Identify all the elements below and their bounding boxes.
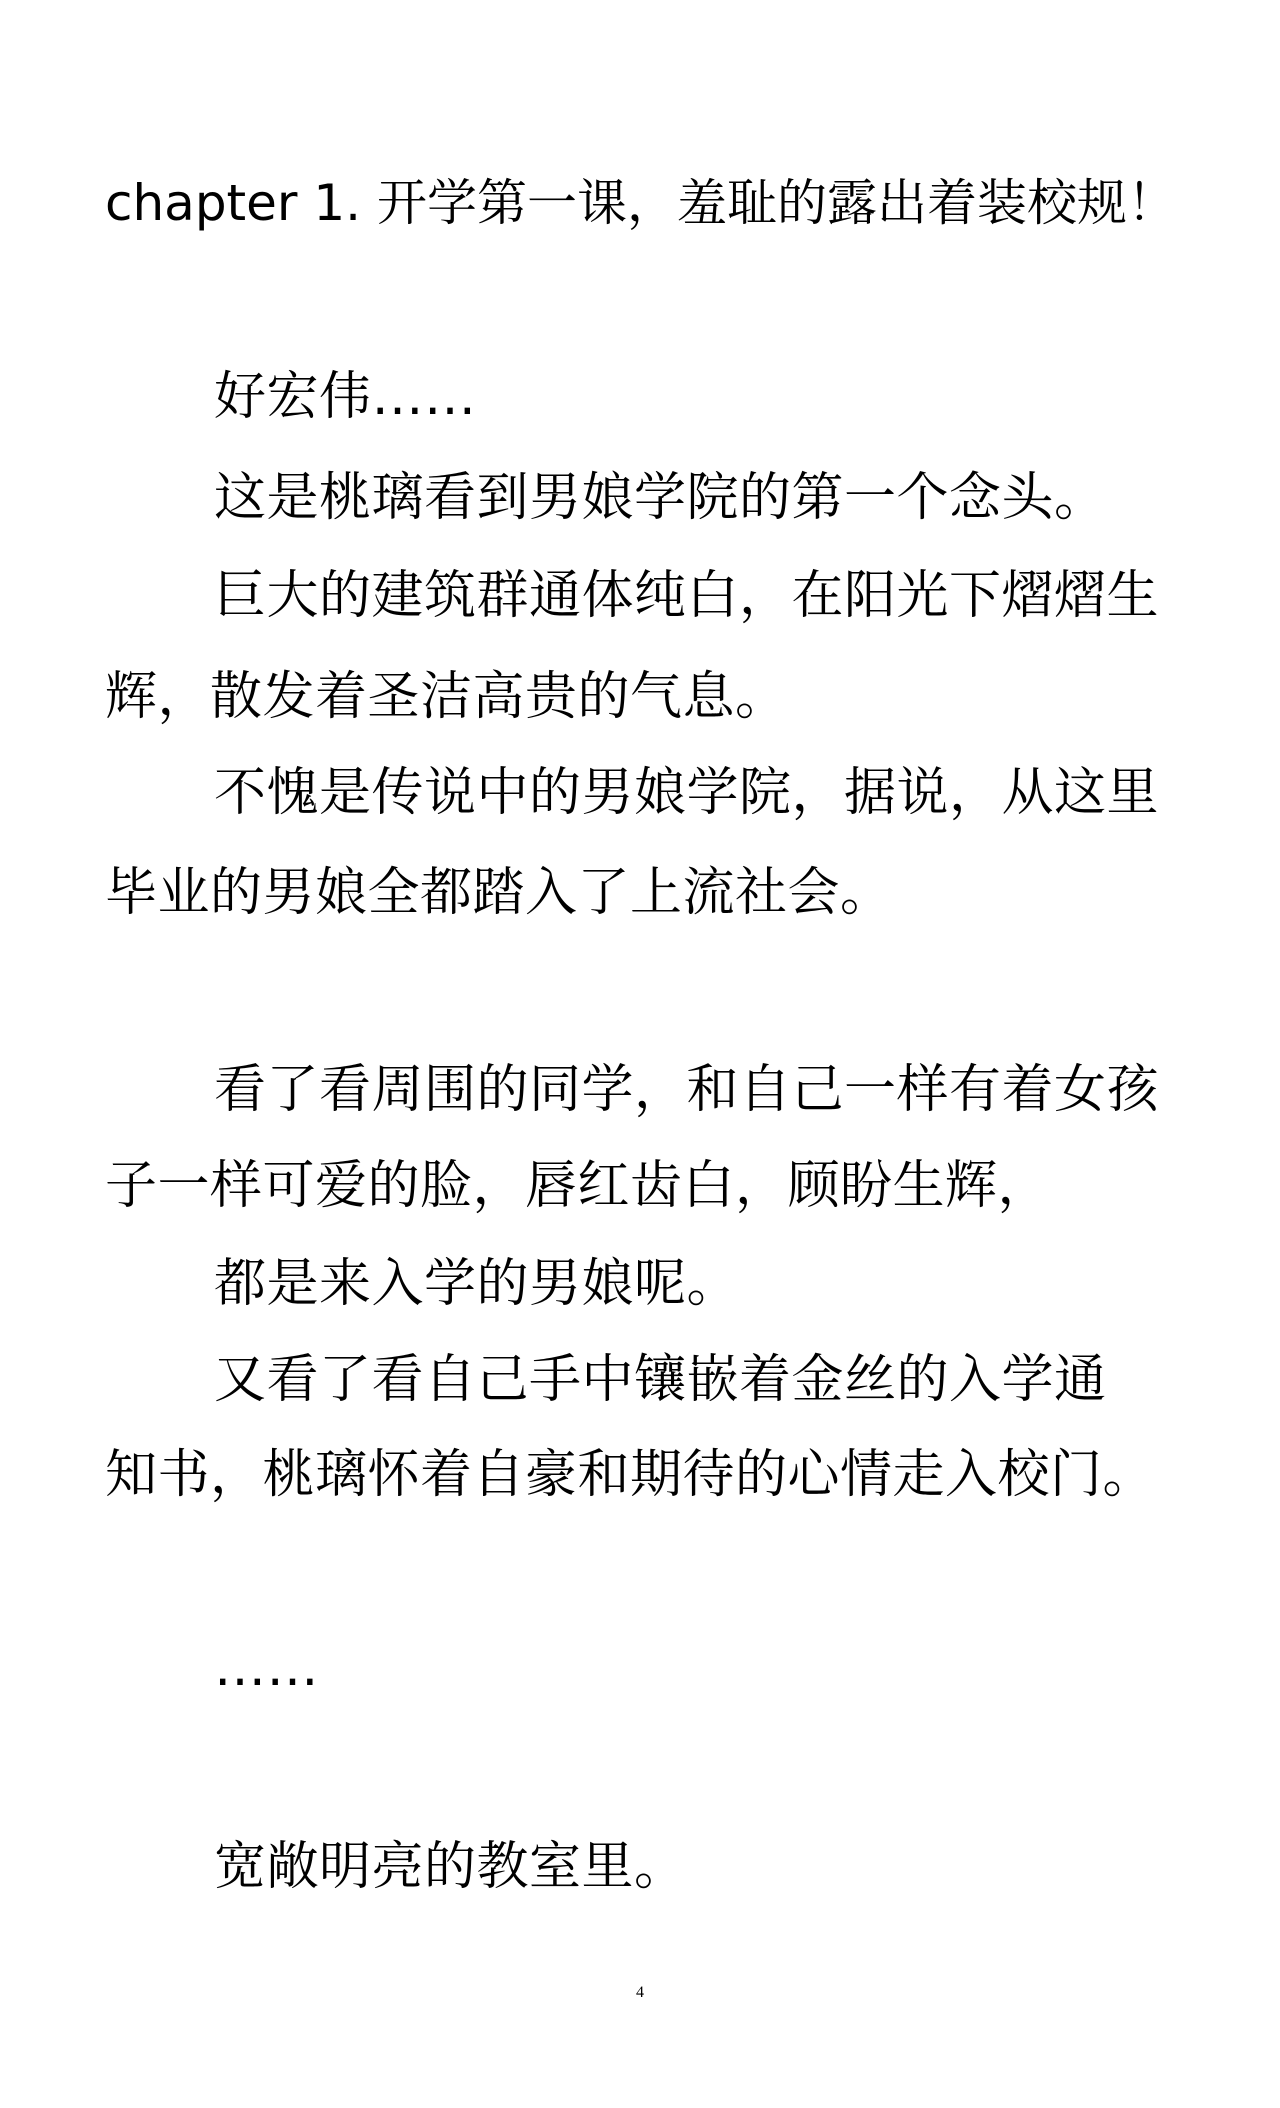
paragraph-line: 毕业的男娘全都踏入了上流社会。: [105, 863, 1205, 923]
paragraph-line: 子一样可爱的脸，唇红齿白，顾盼生辉，: [105, 1156, 1205, 1216]
paragraph-line: 巨大的建筑群通体纯白，在阳光下熠熠生: [214, 566, 1280, 626]
paragraph-line: 看了看周围的同学，和自己一样有着女孩: [214, 1060, 1280, 1120]
paragraph-line: 宽敞明亮的教室里。: [214, 1837, 1280, 1897]
paragraph-line: 不愧是传说中的男娘学院，据说，从这里: [214, 763, 1280, 823]
paragraph-line: 好宏伟……: [214, 367, 1280, 427]
paragraph-line: 又看了看自己手中镶嵌着金丝的入学通: [214, 1350, 1280, 1410]
section-break-ellipsis: ……: [214, 1638, 1280, 1698]
paragraph-line: 辉，散发着圣洁高贵的气息。: [105, 667, 1205, 727]
chapter-title: chapter 1. 开学第一课，羞耻的露出着装校规！: [105, 173, 1177, 233]
document-page: chapter 1. 开学第一课，羞耻的露出着装校规！ 好宏伟…… 这是桃璃看到…: [0, 0, 1280, 2108]
paragraph-line: 这是桃璃看到男娘学院的第一个念头。: [214, 468, 1280, 528]
paragraph-line: 知书，桃璃怀着自豪和期待的心情走入校门。: [105, 1445, 1205, 1505]
paragraph-line: 都是来入学的男娘呢。: [214, 1254, 1280, 1314]
page-number: 4: [0, 1983, 1280, 2003]
